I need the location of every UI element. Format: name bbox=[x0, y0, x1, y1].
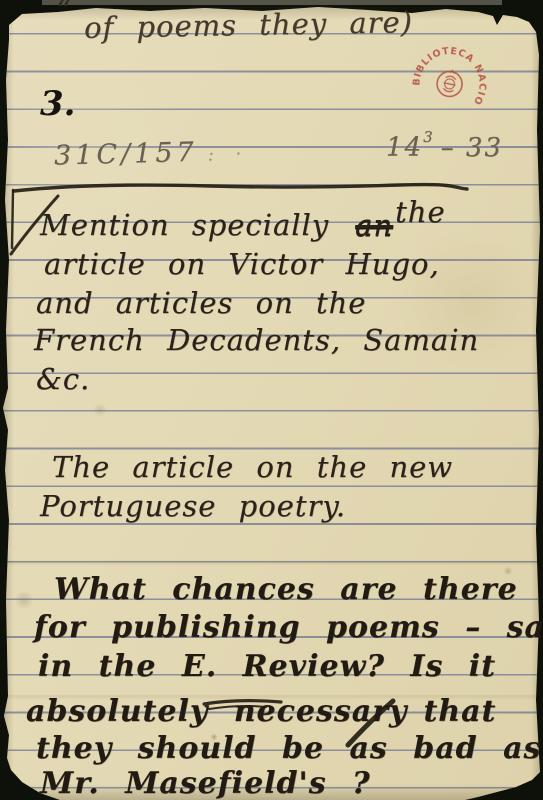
line-text: ? Is it bbox=[366, 649, 496, 684]
line-text: Mention specially bbox=[40, 208, 329, 242]
manuscript-line: French Decadents, Samain bbox=[34, 323, 479, 357]
page-number: 3. bbox=[40, 84, 76, 124]
manuscript-line: and articles on the bbox=[36, 286, 366, 320]
header-fragment: of poems they are) bbox=[84, 5, 413, 45]
shelfmark-left-number: 31C/157 bbox=[54, 137, 198, 172]
stray-quote-mark: “ bbox=[56, 0, 71, 29]
line-text: in the bbox=[38, 649, 156, 684]
shelfmark-right-superscript: 3 bbox=[423, 128, 435, 146]
manuscript-line: they should be as bad as bbox=[36, 731, 541, 766]
manuscript-line: absolutely necessarythat bbox=[26, 694, 496, 729]
under-sheet-edge bbox=[42, 0, 502, 5]
shelfmark-right: 143– 33 bbox=[386, 132, 503, 163]
shelfmark-right-base: 14 bbox=[386, 133, 423, 163]
library-stamp: BIBLIOTECA NACIONAL bbox=[391, 23, 510, 142]
manuscript-line: in the E. Review? Is it bbox=[38, 649, 496, 684]
manuscript-line: The article on the new bbox=[52, 450, 453, 484]
underlined-text: E. Review bbox=[182, 649, 367, 684]
manuscript-line: Mention speciallyanthe bbox=[40, 208, 446, 242]
manuscript-line: &c. bbox=[36, 362, 90, 396]
line-text: absolutely necessary bbox=[26, 694, 407, 729]
line-text: that bbox=[423, 694, 496, 729]
manuscript-line: What chances are there bbox=[54, 572, 518, 607]
stamp-emblem bbox=[435, 68, 465, 99]
shelfmark-left-dots: : · bbox=[207, 143, 249, 165]
stamp-graphic: BIBLIOTECA NACIONAL bbox=[391, 23, 510, 142]
manuscript-line: article on Victor Hugo, bbox=[44, 247, 440, 281]
manuscript-line: Portuguese poetry. bbox=[40, 489, 346, 523]
manuscript-line: for publishing poems – say bbox=[34, 610, 543, 645]
struck-word: an bbox=[355, 208, 393, 242]
manuscript-line: Mr. Masefield's ? bbox=[40, 766, 371, 800]
shelfmark-right-rest: – 33 bbox=[441, 133, 503, 163]
shelfmark-left: 31C/157: · bbox=[54, 135, 250, 171]
inserted-word: the bbox=[395, 195, 446, 229]
scanned-manuscript: “ of poems they are) 3. BIBLIOTECA NACIO… bbox=[0, 0, 543, 800]
